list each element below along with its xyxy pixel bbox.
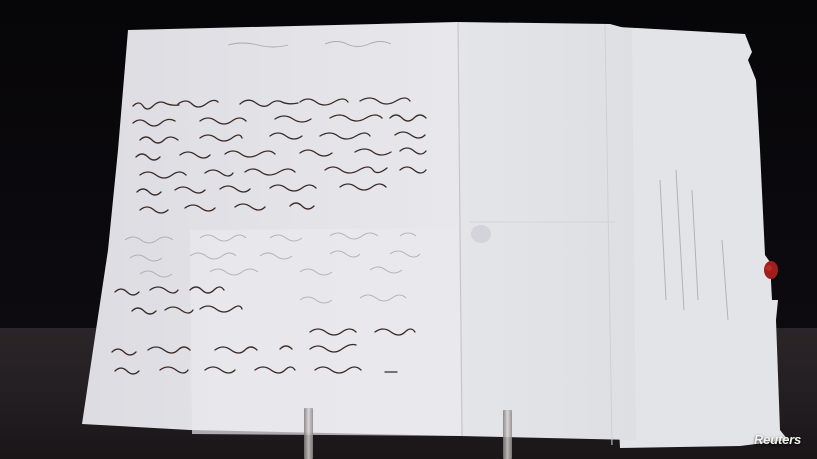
acrylic-stand-right-post — [503, 410, 512, 459]
reuters-watermark: Reuters — [754, 432, 801, 447]
handwritten-letter — [0, 0, 817, 459]
acrylic-stand-left-post — [304, 408, 313, 459]
